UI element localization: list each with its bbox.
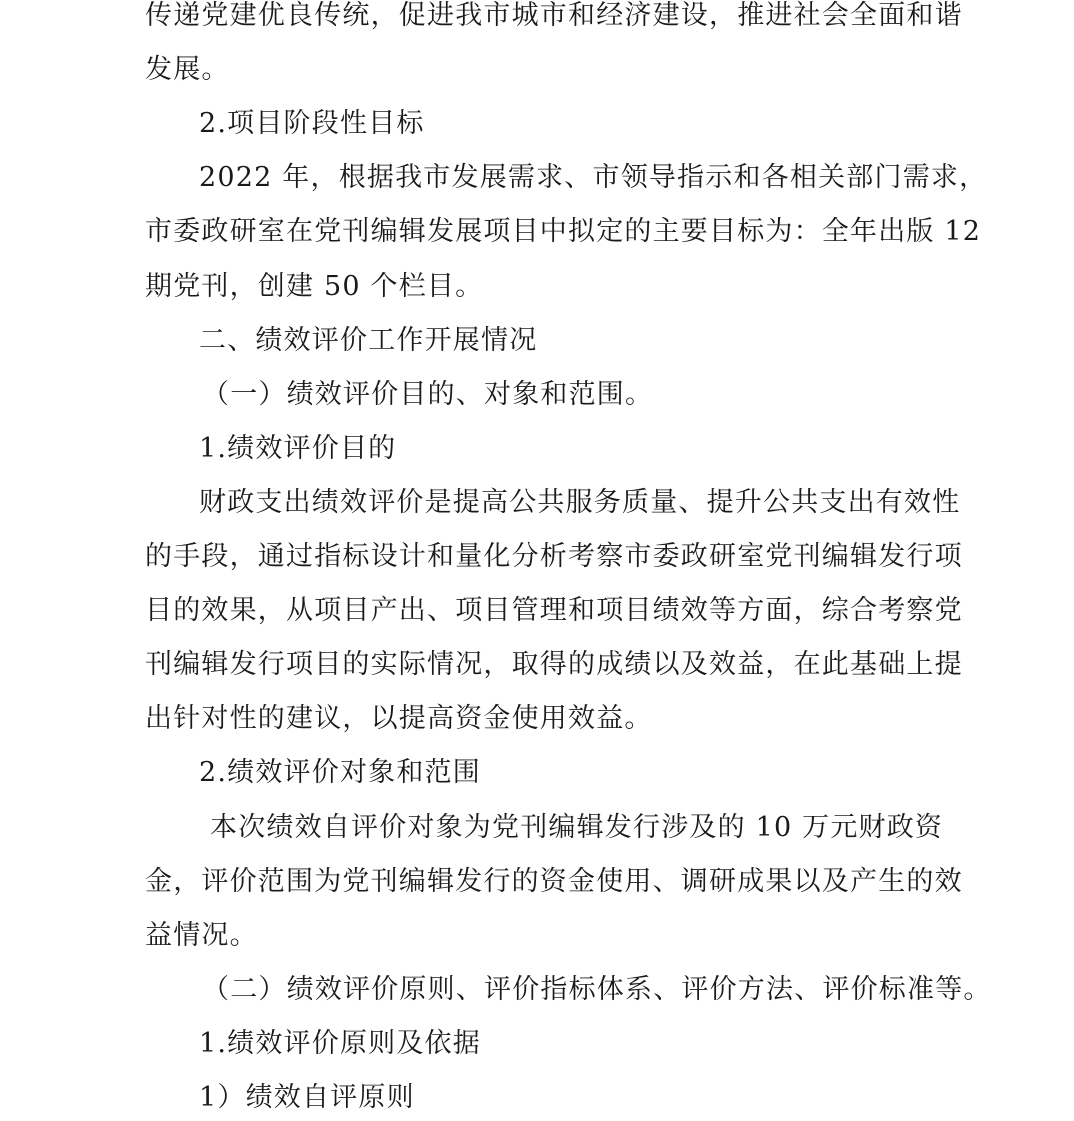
subsection-heading: 1）绩效自评原则 xyxy=(199,1078,415,1118)
paragraph-line: 金，评价范围为党刊编辑发行的资金使用、调研成果以及产生的效 xyxy=(145,862,932,902)
subsection-heading: 2.绩效评价对象和范围 xyxy=(199,753,481,793)
paragraph-line: 刊编辑发行项目的实际情况，取得的成绩以及效益，在此基础上提 xyxy=(145,645,932,685)
paragraph-line: 出针对性的建议，以提高资金使用效益。 xyxy=(145,699,653,739)
subsection-heading: 2.项目阶段性目标 xyxy=(199,104,425,144)
paragraph-line: 益情况。 xyxy=(145,916,258,956)
paragraph-line: 本次绩效自评价对象为党刊编辑发行涉及的 10 万元财政资 xyxy=(210,808,932,848)
section-heading: 二、绩效评价工作开展情况 xyxy=(199,321,537,361)
paragraph-line: 市委政研室在党刊编辑发展项目中拟定的主要目标为：全年出版 12 xyxy=(145,212,932,252)
subsection-heading: （一）绩效评价目的、对象和范围。 xyxy=(202,375,653,415)
document-page: 传递党建优良传统，促进我市城市和经济建设，推进社会全面和谐 发展。 2.项目阶段… xyxy=(0,0,1074,1121)
subsection-heading: 1.绩效评价原则及依据 xyxy=(199,1024,481,1064)
paragraph-line: 2022 年，根据我市发展需求、市领导指示和各相关部门需求， xyxy=(199,158,932,198)
paragraph-line: 的手段，通过指标设计和量化分析考察市委政研室党刊编辑发行项 xyxy=(145,537,932,577)
paragraph-line: 目的效果，从项目产出、项目管理和项目绩效等方面，综合考察党 xyxy=(145,591,932,631)
subsection-heading: 1.绩效评价目的 xyxy=(199,429,396,469)
paragraph-line: 发展。 xyxy=(145,50,230,90)
subsection-heading: （二）绩效评价原则、评价指标体系、评价方法、评价标准等。 xyxy=(202,970,992,1010)
paragraph-line: 期党刊，创建 50 个栏目。 xyxy=(145,267,483,307)
paragraph-line: 财政支出绩效评价是提高公共服务质量、提升公共支出有效性 xyxy=(199,483,932,523)
paragraph-line: 传递党建优良传统，促进我市城市和经济建设，推进社会全面和谐 xyxy=(145,0,932,36)
